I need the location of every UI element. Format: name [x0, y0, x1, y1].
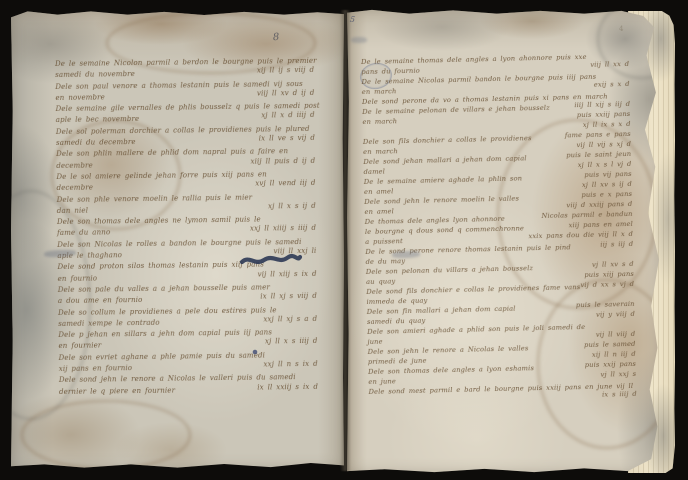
entry-amount: vj ll xv s d: [592, 260, 638, 269]
entry-text: june: [367, 338, 382, 346]
entry-text: primedi de june: [368, 357, 427, 366]
corner-numeral: 4: [619, 25, 623, 33]
entry-amount: xj ll ix s x d: [583, 120, 635, 129]
entry-amount: xvj ll vend iij d: [255, 179, 319, 188]
entry-text: Dele son pale du valles a a jehan bousse…: [58, 283, 270, 294]
entry-amount: xj ll x s iiij d: [265, 337, 322, 346]
entry-amount: Nicolas parmil e bandun: [541, 210, 636, 220]
entry-text: Dele so collum le providienes a pele dou…: [58, 306, 277, 317]
entry-amount: xiij ll puis d ij d: [250, 156, 319, 165]
entry-text: Dele p jehan en sillars a jehn dom capia…: [58, 328, 272, 339]
entry-amount: xj ll x s ij d: [268, 202, 320, 211]
entry-text: a dou ame en fournio: [58, 296, 143, 305]
entry-text: De le sol amiere gelinde jehan forre pui…: [56, 170, 267, 181]
entry-amount: xxix pans dou die viij ll x d: [528, 230, 637, 240]
entry-text: en fournio: [58, 274, 98, 282]
left-page-text: De le semaine Nicolon parmil a berdon le…: [55, 57, 322, 399]
entry-text: decembre: [56, 161, 93, 169]
entry-text: en amel: [364, 207, 394, 216]
entry-amount: viij ll xv d ij d: [257, 89, 319, 98]
right-page: 5 4 De le semaine thomas dele angles a l…: [347, 9, 659, 473]
entry-text: immeda de quay: [366, 297, 427, 306]
right-page-text: De le semaine thomas dele angles a lyon …: [361, 52, 641, 408]
entry-text: samedi du decembre: [56, 138, 136, 147]
entry-amount: puis xxiij pans: [577, 110, 635, 119]
entry-text: Dele son evriet aghane a phle pamie puis…: [59, 351, 265, 362]
entry-amount: xxj ll xj s a d: [263, 315, 321, 324]
entry-text: damel: [363, 167, 385, 175]
entry-amount: puis vij pans: [584, 170, 636, 179]
entry-amount: xij ll ij s viij d: [257, 66, 318, 75]
gutter-shadow: [340, 10, 351, 471]
entry-text: xij pans en fournio: [59, 364, 133, 373]
entry-amount: vij y viij d: [596, 310, 639, 319]
entry-text: en amel: [364, 187, 394, 196]
entry-text: samedi du quay: [367, 317, 426, 326]
entry-amount: fame pans e pans: [565, 130, 635, 140]
entry-amount: xxj ll n s ix d: [263, 360, 321, 369]
entry-text: Dele son phle venore moelin le rallia pu…: [57, 193, 253, 203]
entry-amount: exij s x d: [594, 80, 634, 89]
gray-ink-smudge: [351, 37, 367, 43]
scanned-manuscript: 8 De le semaine Nicolon parmil a berdon …: [0, 0, 688, 480]
entry-text: pans du fournio: [361, 67, 420, 76]
entry-text: dernier le q piere en fournier: [59, 386, 175, 395]
entry-text: fame du anno: [57, 229, 110, 238]
entry-amount: puis xiij pans: [584, 270, 638, 279]
entry-amount: puis le samed: [584, 340, 640, 349]
entry-amount: xiij pans en amel: [569, 220, 637, 230]
entry-amount: vij ll xiij s ix d: [258, 269, 321, 278]
entry-text: de du may: [366, 257, 406, 266]
entry-amount: vij ll vij s xj d: [576, 140, 635, 149]
entry-amount: ix ll xj s viij d: [260, 292, 321, 301]
entry-amount: iij s iij d: [600, 240, 637, 249]
left-page: 8 De le semaine Nicolon parmil a berdon …: [11, 10, 344, 469]
entry-amount: xj ll xv s ij d: [582, 180, 636, 189]
entry-amount: xj ll x d iiij d: [261, 111, 319, 120]
entry-text: Dele son Nicolas le rolles a bandon le b…: [57, 238, 301, 249]
entry-amount: puis e x pans: [581, 190, 636, 199]
entry-amount: ix ll xxiij s ix d: [257, 382, 322, 391]
entry-text: dan niel: [57, 206, 88, 214]
folio-number: 8: [273, 32, 280, 43]
entry-amount: xxj ll xiiij s iiij d: [250, 224, 320, 233]
entry-text: Dele son thomas dele angles ne lymon sam…: [57, 216, 261, 226]
entry-text: samedi xempe le contrado: [58, 319, 160, 328]
entry-amount: ix ll ve s vij d: [259, 134, 319, 143]
entry-amount: iiij ll xij s iij d: [574, 100, 634, 109]
entry-text: samedi du novembre: [55, 70, 135, 79]
entry-text: decembre: [57, 184, 94, 192]
entry-text: a puissent: [365, 237, 403, 246]
manuscript-line: dernier le q piere en fournierix ll xxii…: [59, 384, 322, 399]
entry-text: en june: [368, 377, 396, 386]
entry-text: en march: [363, 147, 398, 156]
entry-amount: puis le saverain: [576, 300, 639, 309]
entry-text: au quay: [366, 277, 396, 286]
entry-text: en march: [362, 87, 397, 96]
blue-ink-scribble: [239, 250, 303, 270]
entry-amount: vij ll viij d: [596, 330, 640, 339]
entry-amount: xj ll x s l vj d: [578, 160, 636, 169]
entry-amount: vj ll xxj s: [600, 370, 640, 379]
blue-ink-dot: [251, 348, 259, 356]
entry-amount: viij d xxiij pans d: [566, 200, 636, 210]
entry-amount: viij ll xx d: [590, 60, 633, 69]
entry-text: aple le bec novembre: [56, 115, 140, 124]
entry-text: Dele sond proton silos thomas lestanin p…: [57, 261, 264, 272]
entry-text: en march: [362, 117, 397, 126]
stain-tide-line: [21, 400, 191, 470]
entry-amount: vij d xx s vj d: [580, 280, 638, 289]
entry-amount: puis xxij pans: [585, 360, 640, 369]
entry-amount: ix s iiij d: [602, 390, 641, 399]
entry-text: en novembre: [55, 93, 105, 102]
entry-amount: xij ll n iij d: [592, 350, 640, 359]
entry-text: en fournier: [58, 342, 101, 351]
entry-amount: puis le saint jeun: [566, 150, 635, 160]
